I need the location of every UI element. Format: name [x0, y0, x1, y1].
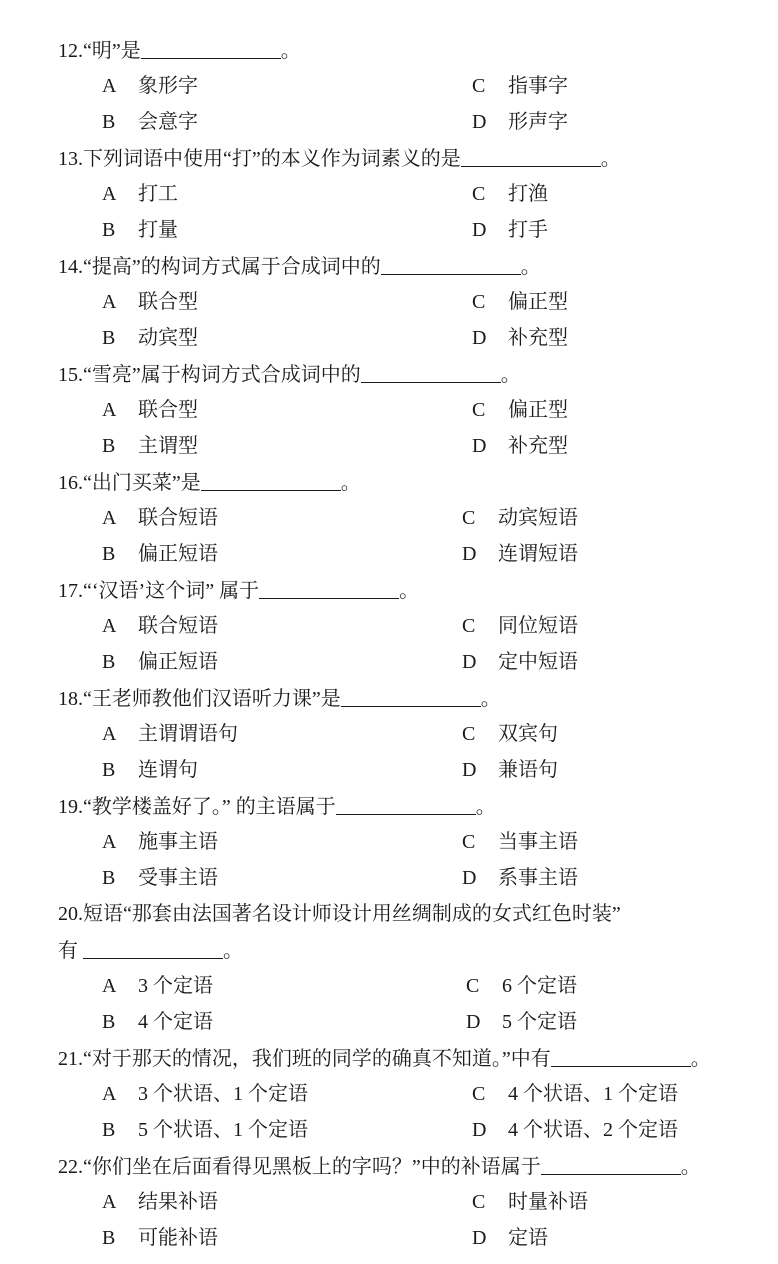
- question-text: “你们坐在后面看得见黑板上的字吗？”中的补语属于: [83, 1156, 541, 1178]
- option-letter: C: [472, 182, 508, 206]
- option-text: 4 个状语、2 个定语: [508, 1119, 678, 1141]
- question-text: “明”是: [83, 40, 141, 62]
- option-b[interactable]: B4 个定语: [102, 1010, 213, 1034]
- option-b[interactable]: B主谓型: [102, 434, 198, 458]
- option-letter: B: [102, 758, 138, 782]
- option-a[interactable]: A3 个状语、1 个定语: [102, 1082, 308, 1106]
- question-text: “雪亮”属于构词方式合成词中的: [83, 364, 361, 386]
- question-text: “出门买菜”是: [83, 472, 201, 494]
- answer-blank[interactable]: [551, 1046, 691, 1067]
- option-c[interactable]: C动宾短语: [462, 506, 578, 530]
- answer-blank[interactable]: [336, 794, 476, 815]
- option-text: 打量: [138, 219, 178, 241]
- option-letter: B: [102, 1010, 138, 1034]
- answer-blank[interactable]: [341, 686, 481, 707]
- question-number: 16.: [58, 472, 83, 494]
- option-c[interactable]: C双宾句: [462, 722, 558, 746]
- option-c[interactable]: C打渔: [472, 182, 548, 206]
- option-letter: D: [466, 1010, 502, 1034]
- question-period: 。: [223, 940, 243, 962]
- option-text: 指事字: [508, 75, 568, 97]
- option-letter: C: [472, 290, 508, 314]
- option-a[interactable]: A施事主语: [102, 830, 218, 854]
- option-letter: A: [102, 1190, 138, 1214]
- option-c[interactable]: C指事字: [472, 74, 568, 98]
- option-b[interactable]: B打量: [102, 218, 178, 242]
- option-b[interactable]: B连谓句: [102, 758, 198, 782]
- option-text: 偏正短语: [138, 543, 218, 565]
- option-letter: B: [102, 326, 138, 350]
- question-period: 。: [691, 1048, 711, 1070]
- question-period: 。: [601, 148, 621, 170]
- answer-blank[interactable]: [141, 38, 281, 59]
- option-letter: A: [102, 398, 138, 422]
- option-b[interactable]: B会意字: [102, 110, 198, 134]
- option-text: 会意字: [138, 111, 198, 133]
- option-letter: C: [472, 74, 508, 98]
- option-d[interactable]: D定语: [472, 1226, 548, 1250]
- option-letter: D: [472, 218, 508, 242]
- option-letter: B: [102, 866, 138, 890]
- question-period: 。: [681, 1156, 701, 1178]
- option-text: 补充型: [508, 327, 568, 349]
- option-text: 定中短语: [498, 651, 578, 673]
- option-text: 打手: [508, 219, 548, 241]
- option-c[interactable]: C偏正型: [472, 398, 568, 422]
- option-d[interactable]: D5 个定语: [466, 1010, 577, 1034]
- option-c[interactable]: C同位短语: [462, 614, 578, 638]
- option-letter: A: [102, 830, 138, 854]
- question-number: 18.: [58, 688, 83, 710]
- option-text: 动宾型: [138, 327, 198, 349]
- question-period: 。: [501, 364, 521, 386]
- option-b[interactable]: B偏正短语: [102, 650, 218, 674]
- option-text: 当事主语: [498, 831, 578, 853]
- option-letter: A: [102, 974, 138, 998]
- option-text: 联合短语: [138, 615, 218, 637]
- option-a[interactable]: A3 个定语: [102, 974, 213, 998]
- question-number: 22.: [58, 1156, 83, 1178]
- option-letter: C: [462, 614, 498, 638]
- option-letter: A: [102, 614, 138, 638]
- option-a[interactable]: A联合型: [102, 290, 198, 314]
- option-a[interactable]: A联合短语: [102, 506, 218, 530]
- option-b[interactable]: B动宾型: [102, 326, 198, 350]
- option-letter: C: [462, 722, 498, 746]
- option-letter: B: [102, 650, 138, 674]
- question-period: 。: [399, 580, 419, 602]
- answer-blank[interactable]: [381, 254, 521, 275]
- option-text: 兼语句: [498, 759, 558, 781]
- question-stem-continued: 有 。: [58, 938, 243, 963]
- option-letter: B: [102, 110, 138, 134]
- option-text: 5 个定语: [502, 1011, 577, 1033]
- option-d[interactable]: D形声字: [472, 110, 568, 134]
- option-text: 补充型: [508, 435, 568, 457]
- option-letter: D: [472, 1118, 508, 1142]
- question-number: 15.: [58, 364, 83, 386]
- option-letter: A: [102, 182, 138, 206]
- option-d[interactable]: D补充型: [472, 326, 568, 350]
- answer-blank[interactable]: [461, 146, 601, 167]
- option-letter: B: [102, 218, 138, 242]
- option-letter: D: [462, 866, 498, 890]
- option-d[interactable]: D4 个状语、2 个定语: [472, 1118, 678, 1142]
- question-text: 有: [58, 940, 83, 962]
- question-period: 。: [341, 472, 361, 494]
- answer-blank[interactable]: [201, 470, 341, 491]
- option-text: 同位短语: [498, 615, 578, 637]
- option-letter: A: [102, 290, 138, 314]
- option-letter: B: [102, 434, 138, 458]
- question-text: “王老师教他们汉语听力课”是: [83, 688, 341, 710]
- option-letter: C: [472, 398, 508, 422]
- option-text: 5 个状语、1 个定语: [138, 1119, 308, 1141]
- answer-blank[interactable]: [259, 578, 399, 599]
- option-text: 联合型: [138, 399, 198, 421]
- question-stem: 22.“你们坐在后面看得见黑板上的字吗？”中的补语属于。: [58, 1154, 701, 1179]
- option-letter: A: [102, 74, 138, 98]
- question-stem: 13.下列词语中使用“打”的本义作为词素义的是。: [58, 146, 621, 171]
- option-text: 4 个定语: [138, 1011, 213, 1033]
- option-text: 打工: [138, 183, 178, 205]
- question-number: 12.: [58, 40, 83, 62]
- option-text: 4 个状语、1 个定语: [508, 1083, 678, 1105]
- question-number: 21.: [58, 1048, 83, 1070]
- option-letter: D: [462, 650, 498, 674]
- option-text: 偏正型: [508, 291, 568, 313]
- option-b[interactable]: B受事主语: [102, 866, 218, 890]
- question-stem: 19.“教学楼盖好了。” 的主语属于。: [58, 794, 496, 819]
- option-letter: B: [102, 1118, 138, 1142]
- option-letter: C: [462, 830, 498, 854]
- option-b[interactable]: B5 个状语、1 个定语: [102, 1118, 308, 1142]
- answer-blank[interactable]: [361, 362, 501, 383]
- option-text: 3 个定语: [138, 975, 213, 997]
- option-a[interactable]: A打工: [102, 182, 178, 206]
- option-d[interactable]: D连谓短语: [462, 542, 578, 566]
- option-d[interactable]: D打手: [472, 218, 548, 242]
- option-c[interactable]: C4 个状语、1 个定语: [472, 1082, 678, 1106]
- option-a[interactable]: A联合型: [102, 398, 198, 422]
- option-d[interactable]: D定中短语: [462, 650, 578, 674]
- option-letter: A: [102, 1082, 138, 1106]
- question-text: “对于那天的情况，我们班的同学的确真不知道。”中有: [83, 1048, 551, 1070]
- option-text: 联合短语: [138, 507, 218, 529]
- option-c[interactable]: C偏正型: [472, 290, 568, 314]
- question-number: 19.: [58, 796, 83, 818]
- option-text: 偏正短语: [138, 651, 218, 673]
- option-text: 可能补语: [138, 1227, 218, 1249]
- option-text: 打渔: [508, 183, 548, 205]
- option-letter: D: [462, 542, 498, 566]
- option-text: 定语: [508, 1227, 548, 1249]
- option-d[interactable]: D补充型: [472, 434, 568, 458]
- option-text: 象形字: [138, 75, 198, 97]
- option-letter: C: [472, 1082, 508, 1106]
- option-letter: B: [102, 1226, 138, 1250]
- question-stem: 21.“对于那天的情况，我们班的同学的确真不知道。”中有。: [58, 1046, 711, 1071]
- question-number: 14.: [58, 256, 83, 278]
- option-b[interactable]: B可能补语: [102, 1226, 218, 1250]
- option-a[interactable]: A结果补语: [102, 1190, 218, 1214]
- option-text: 主谓谓语句: [138, 723, 238, 745]
- option-c[interactable]: C当事主语: [462, 830, 578, 854]
- question-period: 。: [476, 796, 496, 818]
- question-stem: 16.“出门买菜”是。: [58, 470, 361, 495]
- option-a[interactable]: A联合短语: [102, 614, 218, 638]
- option-letter: D: [472, 434, 508, 458]
- option-c[interactable]: C时量补语: [472, 1190, 588, 1214]
- option-letter: D: [472, 326, 508, 350]
- option-d[interactable]: D系事主语: [462, 866, 578, 890]
- option-text: 形声字: [508, 111, 568, 133]
- question-text: “‘汉语’这个词” 属于: [83, 580, 259, 602]
- option-text: 结果补语: [138, 1191, 218, 1213]
- option-a[interactable]: A象形字: [102, 74, 198, 98]
- option-text: 6 个定语: [502, 975, 577, 997]
- question-text: 短语“那套由法国著名设计师设计用丝绸制成的女式红色时装”: [83, 903, 621, 925]
- question-text: “教学楼盖好了。” 的主语属于: [83, 796, 336, 818]
- option-a[interactable]: A主谓谓语句: [102, 722, 238, 746]
- option-text: 偏正型: [508, 399, 568, 421]
- option-text: 连谓短语: [498, 543, 578, 565]
- question-period: 。: [281, 40, 301, 62]
- question-text: “提高”的构词方式属于合成词中的: [83, 256, 381, 278]
- option-letter: B: [102, 542, 138, 566]
- question-stem: 12.“明”是。: [58, 38, 301, 63]
- option-text: 系事主语: [498, 867, 578, 889]
- question-stem: 14.“提高”的构词方式属于合成词中的。: [58, 254, 541, 279]
- option-text: 受事主语: [138, 867, 218, 889]
- option-letter: C: [466, 974, 502, 998]
- option-letter: D: [472, 110, 508, 134]
- option-text: 3 个状语、1 个定语: [138, 1083, 308, 1105]
- option-text: 时量补语: [508, 1191, 588, 1213]
- question-number: 20.: [58, 903, 83, 925]
- option-letter: C: [462, 506, 498, 530]
- option-letter: A: [102, 506, 138, 530]
- option-text: 施事主语: [138, 831, 218, 853]
- option-text: 联合型: [138, 291, 198, 313]
- option-letter: D: [472, 1226, 508, 1250]
- option-d[interactable]: D兼语句: [462, 758, 558, 782]
- option-b[interactable]: B偏正短语: [102, 542, 218, 566]
- option-text: 双宾句: [498, 723, 558, 745]
- option-c[interactable]: C6 个定语: [466, 974, 577, 998]
- answer-blank[interactable]: [541, 1154, 681, 1175]
- question-text: 下列词语中使用“打”的本义作为词素义的是: [83, 148, 461, 170]
- option-letter: C: [472, 1190, 508, 1214]
- question-stem: 18.“王老师教他们汉语听力课”是。: [58, 686, 501, 711]
- question-stem: 20.短语“那套由法国著名设计师设计用丝绸制成的女式红色时装”: [58, 902, 621, 926]
- option-text: 连谓句: [138, 759, 198, 781]
- option-letter: A: [102, 722, 138, 746]
- answer-blank[interactable]: [83, 938, 223, 959]
- question-number: 13.: [58, 148, 83, 170]
- question-stem: 17.“‘汉语’这个词” 属于。: [58, 578, 419, 603]
- question-period: 。: [481, 688, 501, 710]
- question-period: 。: [521, 256, 541, 278]
- option-text: 主谓型: [138, 435, 198, 457]
- question-number: 17.: [58, 580, 83, 602]
- option-letter: D: [462, 758, 498, 782]
- question-stem: 15.“雪亮”属于构词方式合成词中的。: [58, 362, 521, 387]
- option-text: 动宾短语: [498, 507, 578, 529]
